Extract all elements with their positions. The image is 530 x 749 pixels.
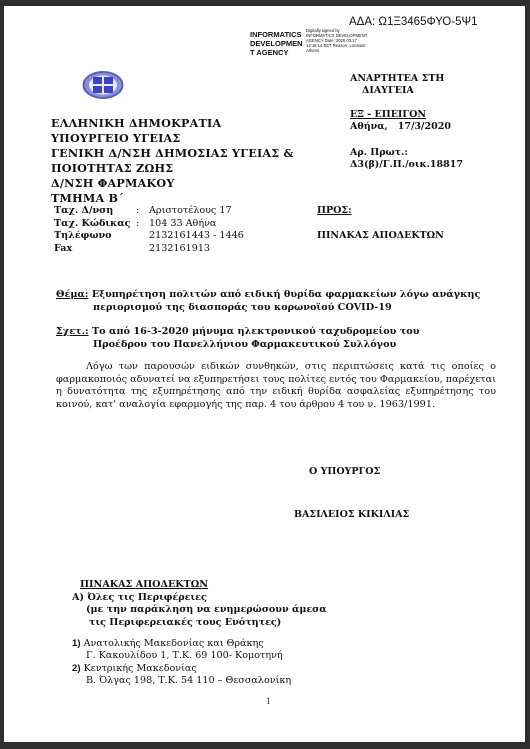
list-item: 1) Ανατολικής Μακεδονίας και Θράκης — [72, 638, 291, 650]
region-address: Β. Όλγας 198, Τ.Κ. 54 110 – Θεσσαλονίκη — [72, 675, 291, 687]
protocol-number: Δ3(β)/Γ.Π./οικ.18817 — [350, 159, 463, 171]
contact-value: 104 33 Αθήνα — [149, 218, 244, 231]
publication-notice: ΑΝΑΡΤΗΤΕΑ ΣΤΗ ΔΙΑΥΓΕΙΑ — [350, 73, 444, 97]
greek-state-emblem-icon — [82, 70, 124, 100]
region-number: 2) — [72, 663, 81, 674]
contact-label: Ταχ. Δ/νση — [54, 205, 136, 218]
ada-code: ΑΔΑ: Ω1Ξ3465ΦΥΟ-5Ψ1 — [349, 16, 477, 28]
org-line: ΕΛΛΗΝΙΚΗ ΔΗΜΟΚΡΑΤΙΑ — [51, 116, 294, 131]
protocol-label: Αρ. Πρωτ.: — [350, 147, 463, 159]
region-address: Γ. Κακουλίδου 1, Τ.Κ. 69 100- Κομοτηνή — [72, 650, 291, 662]
recipients-title: ΠΙΝΑΚΑΣ ΑΠΟΔΕΚΤΩΝ — [72, 579, 327, 592]
subject: Θέμα: Εξυπηρέτηση πολιτών από ειδική θυρ… — [56, 289, 480, 314]
classification: ΕΞ - ΕΠΕΙΓΟΝ — [350, 109, 451, 121]
subject-line-2: περιορισμού της διασποράς του κορωνοϊού … — [56, 302, 480, 315]
publish-line-2: ΔΙΑΥΓΕΙΑ — [350, 85, 444, 97]
contact-value: Αριστοτέλους 17 — [149, 205, 244, 218]
to-value: ΠΙΝΑΚΑΣ ΑΠΟΔΕΚΤΩΝ — [317, 230, 444, 242]
subject-label: Θέμα: — [56, 289, 88, 300]
contact-sep — [136, 243, 149, 256]
contact-value: 2132161443 - 1446 — [149, 230, 244, 243]
contact-label: Τηλέφωνο — [54, 230, 136, 243]
contact-sep: : — [136, 218, 149, 231]
protocol-block: Αρ. Πρωτ.: Δ3(β)/Γ.Π./οικ.18817 — [350, 147, 463, 171]
contact-sep — [136, 230, 149, 243]
region-name: Ανατολικής Μακεδονίας και Θράκης — [84, 638, 264, 649]
recipients-group-a: Α) Όλες τις Περιφέρειες — [72, 592, 327, 605]
contact-value: 2132161913 — [149, 243, 244, 256]
publish-line-1: ΑΝΑΡΤΗΤΕΑ ΣΤΗ — [350, 73, 444, 85]
contact-label: Ταχ. Κώδικας — [54, 218, 136, 231]
signature-organization: INFORMATICS DEVELOPMEN T AGENCY — [250, 30, 308, 57]
org-line: ΓΕΝΙΚΗ Δ/ΝΣΗ ΔΗΜΟΣΙΑΣ ΥΓΕΙΑΣ & — [51, 146, 294, 161]
related-line-2: Προέδρου του Πανελλήνιου Φαρμακευτικού Σ… — [56, 339, 419, 352]
region-name: Κεντρικής Μακεδονίας — [84, 663, 197, 674]
org-line: ΥΠΟΥΡΓΕΙΟ ΥΓΕΙΑΣ — [51, 131, 294, 146]
organization-header: ΕΛΛΗΝΙΚΗ ΔΗΜΟΚΡΑΤΙΑ ΥΠΟΥΡΓΕΙΟ ΥΓΕΙΑΣ ΓΕΝ… — [51, 116, 294, 206]
contact-row: Fax 2132161913 — [54, 243, 244, 256]
list-item: 2) Κεντρικής Μακεδονίας — [72, 663, 291, 675]
contact-sep: : — [136, 205, 149, 218]
classification-block: ΕΞ - ΕΠΕΙΓΟΝ Αθήνα, 17/3/2020 — [350, 109, 451, 133]
page-number: 1 — [266, 697, 271, 706]
related-label: Σχετ.: — [56, 326, 89, 337]
contact-info: Ταχ. Δ/νση : Αριστοτέλους 17 Ταχ. Κώδικα… — [54, 205, 244, 255]
regions-list: 1) Ανατολικής Μακεδονίας και Θράκης Γ. Κ… — [72, 638, 291, 688]
recipients-note-2: τις Περιφερειακές τους Ενότητες) — [72, 617, 327, 630]
recipients-note-1: (με την παράκληση να ενημερώσουν άμεσα — [72, 604, 327, 617]
related-reference: Σχετ.: Το από 16-3-2020 μήνυμα ηλεκτρονι… — [56, 326, 419, 351]
document-page: ΑΔΑ: Ω1Ξ3465ΦΥΟ-5Ψ1 INFORMATICS DEVELOPM… — [4, 6, 525, 742]
recipient-block: ΠΡΟΣ: ΠΙΝΑΚΑΣ ΑΠΟΔΕΚΤΩΝ — [317, 205, 444, 242]
related-line-1: Το από 16-3-2020 μήνυμα ηλεκτρονικού ταχ… — [89, 326, 420, 337]
to-label: ΠΡΟΣ: — [317, 205, 444, 217]
contact-row: Τηλέφωνο 2132161443 - 1446 — [54, 230, 244, 243]
place-date: Αθήνα, 17/3/2020 — [350, 121, 451, 133]
contact-label: Fax — [54, 243, 136, 256]
body-text: Λόγω των παρουσών ειδικών συνθηκών, στις… — [56, 361, 496, 411]
signature-details: Digitally signed by INFORMATICS DEVELOPM… — [306, 28, 368, 53]
signatory-title: Ο ΥΠΟΥΡΓΟΣ — [309, 466, 380, 477]
org-line: ΠΟΙΟΤΗΤΑΣ ΖΩΗΣ — [51, 161, 294, 176]
org-line: ΤΜΗΜΑ Β΄ — [51, 191, 294, 206]
contact-row: Ταχ. Κώδικας : 104 33 Αθήνα — [54, 218, 244, 231]
recipients-list: ΠΙΝΑΚΑΣ ΑΠΟΔΕΚΤΩΝ Α) Όλες τις Περιφέρειε… — [72, 579, 327, 629]
org-line: Δ/ΝΣΗ ΦΑΡΜΑΚΟΥ — [51, 176, 294, 191]
body-paragraph: Λόγω των παρουσών ειδικών συνθηκών, στις… — [56, 361, 496, 411]
subject-line-1: Εξυπηρέτηση πολιτών από ειδική θυρίδα φα… — [88, 289, 480, 300]
contact-row: Ταχ. Δ/νση : Αριστοτέλους 17 — [54, 205, 244, 218]
region-number: 1) — [72, 638, 81, 649]
signatory-name: ΒΑΣΙΛΕΙΟΣ ΚΙΚΙΛΙΑΣ — [294, 509, 409, 520]
